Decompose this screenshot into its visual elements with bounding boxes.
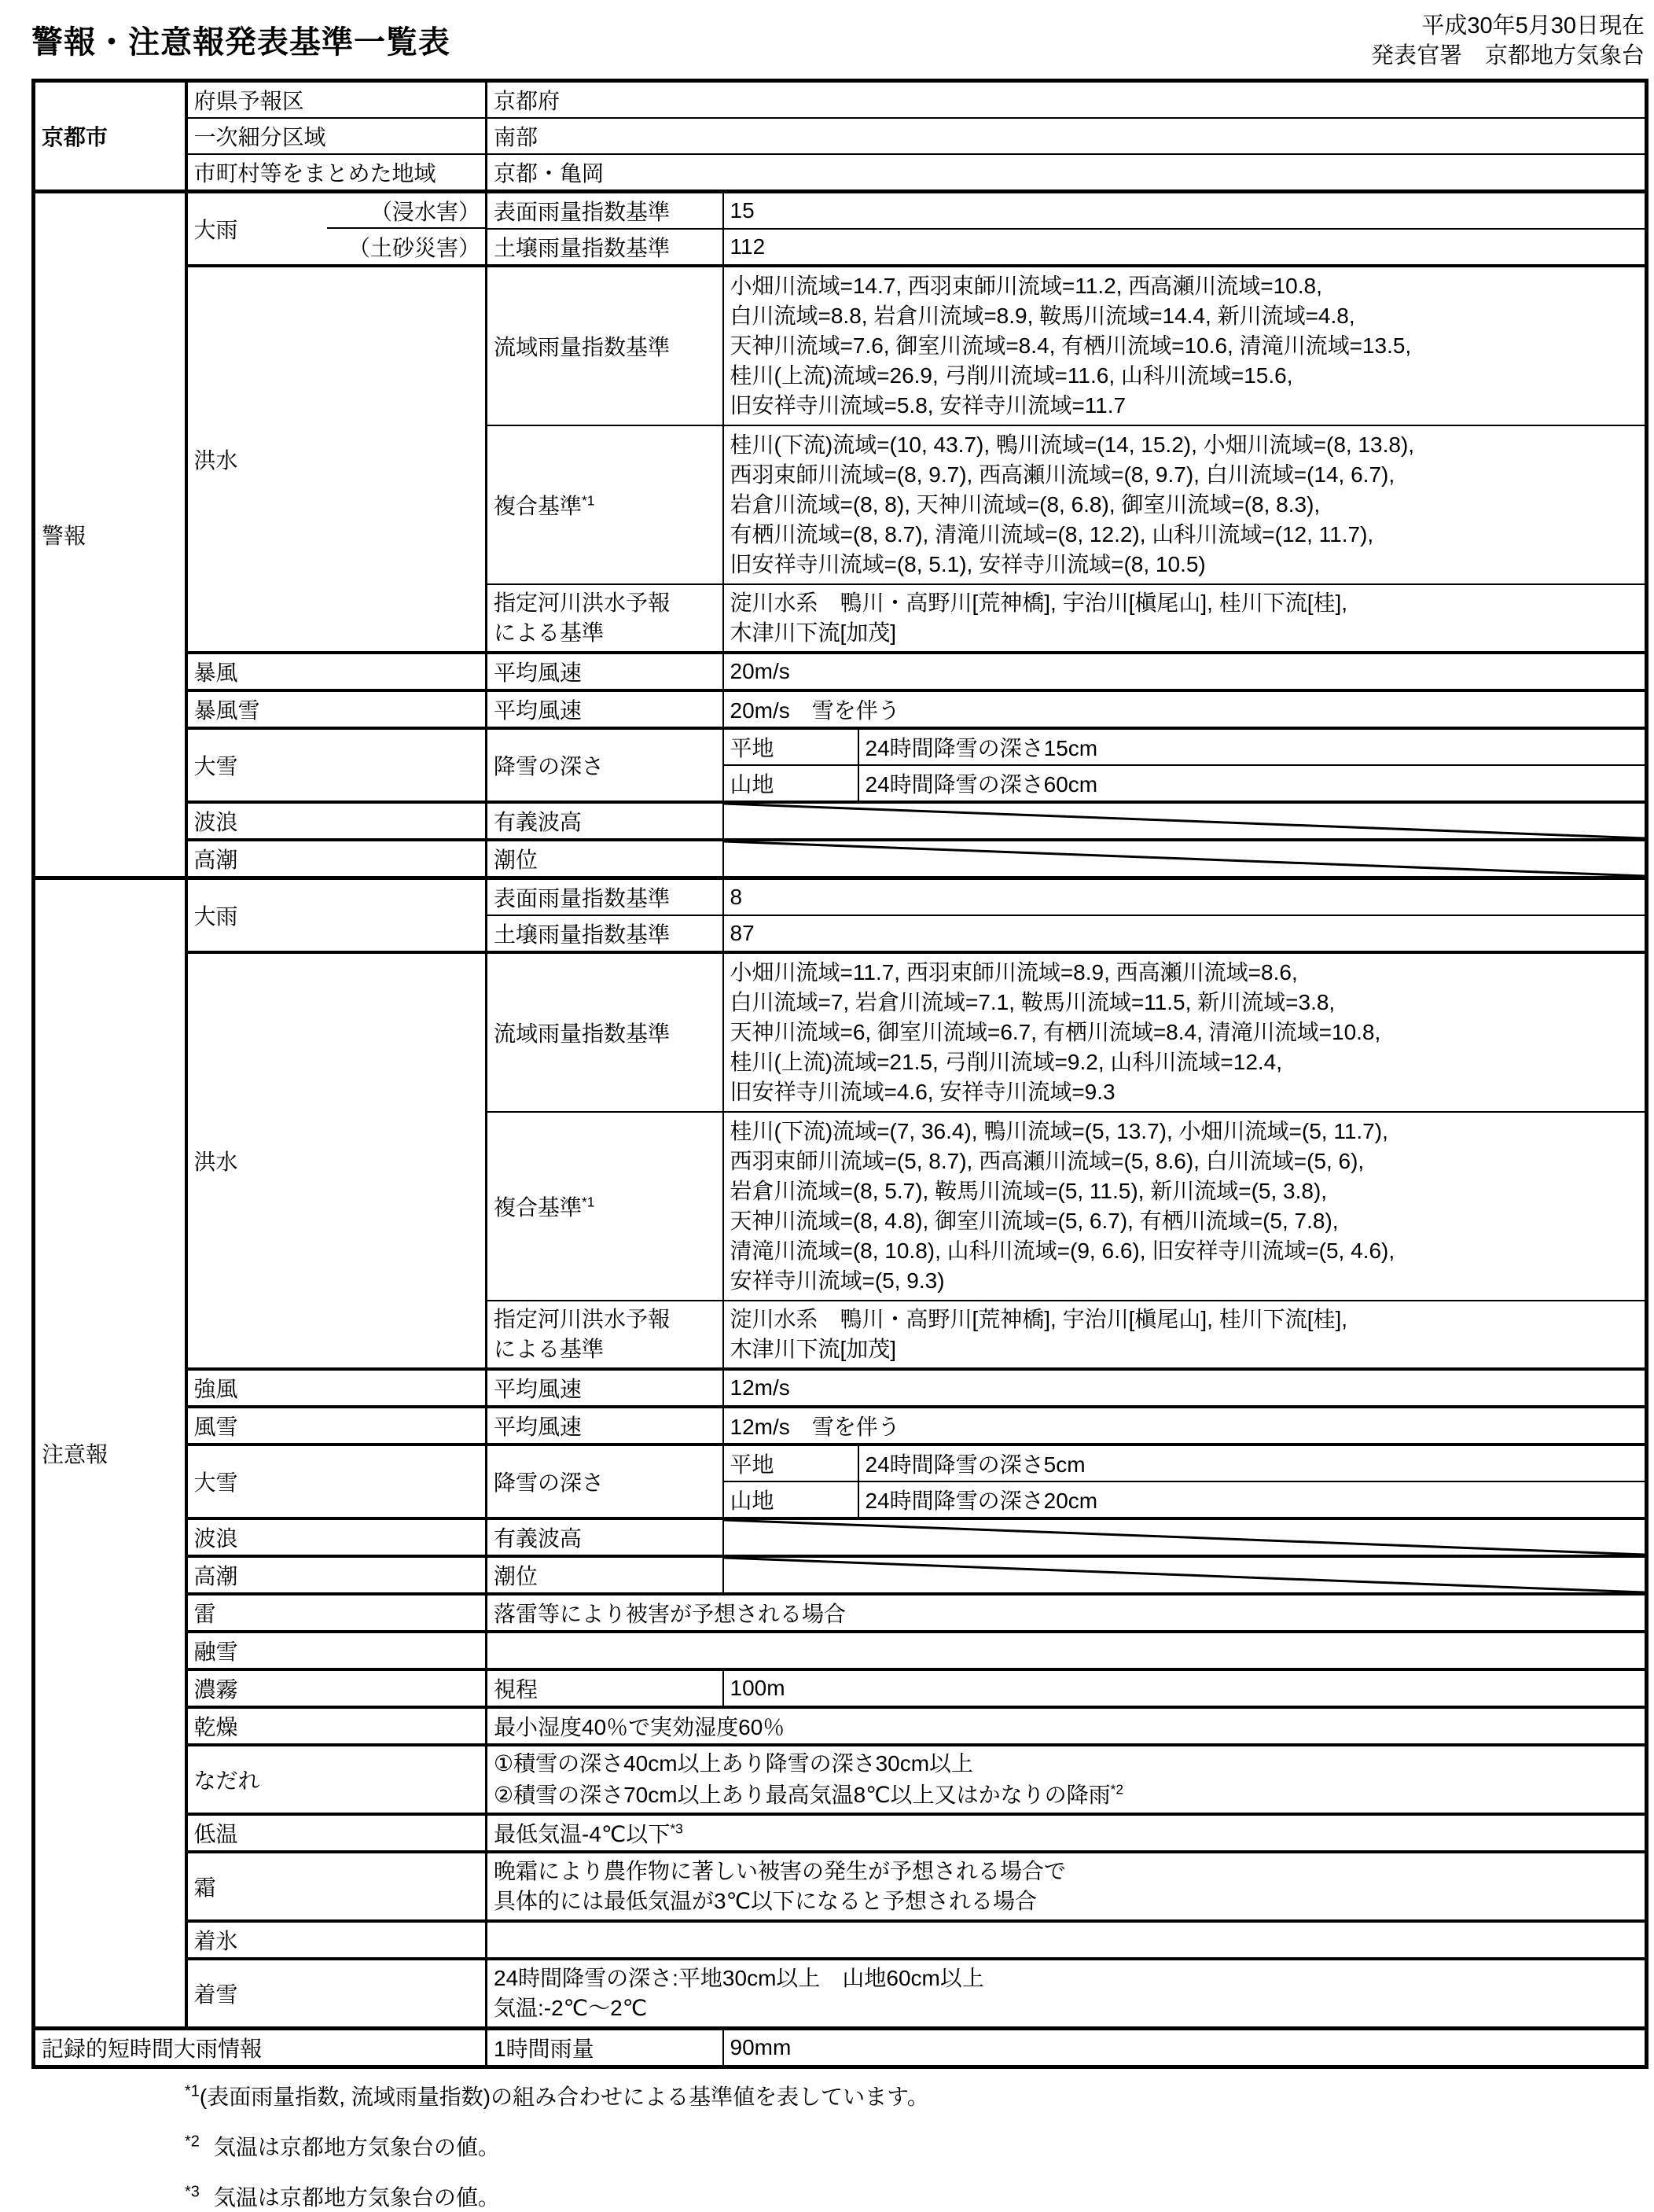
diagonal-strike-icon: [724, 1520, 1645, 1555]
warning-snowstorm-value: 20m/s 雪を伴う: [723, 690, 1647, 728]
advisory-soil-index-label: 土壌雨量指数基準: [487, 915, 723, 952]
advisory-waves-value-crossed: [723, 1518, 1647, 1556]
footnote-2: *2気温は京都地方気象台の値。: [185, 2130, 1646, 2162]
advisory-snow-accretion-label: 着雪: [186, 1959, 487, 2029]
advisory-fog-criterion: 視程: [487, 1669, 723, 1707]
warning-composite-label-text: 複合基準: [494, 494, 582, 518]
warning-rain-flood-tag: （浸水害）: [327, 193, 485, 229]
warning-surface-index-value: 15: [723, 192, 1647, 230]
criteria-table: 京都市 府県予報区 京都府 一次細分区域 南部 市町村等をまとめた地域 京都・亀…: [31, 79, 1648, 2069]
advisory-waves-label: 波浪: [186, 1518, 487, 1556]
warning-heavy-snow-criterion: 降雪の深さ: [487, 728, 723, 802]
area-label-municipalities: 市町村等をまとめた地域: [186, 154, 487, 192]
advisory-heavy-snow-plain-label: 平地: [723, 1445, 858, 1481]
warning-storm-criterion: 平均風速: [487, 653, 723, 690]
advisory-dryness-row: 乾燥 最小湿度40％で実効湿度60％: [34, 1707, 1647, 1745]
warning-surge-value-crossed: [723, 840, 1647, 878]
warning-rain-label: 大雨: [188, 193, 328, 264]
footnote-2-marker: *2: [185, 2133, 200, 2151]
advisory-heavy-snow-mountain-label: 山地: [723, 1481, 858, 1518]
page-header: 警報・注意報発表基準一覧表 平成30年5月30日現在 発表官署 京都地方気象台: [31, 11, 1645, 71]
area-row-subdivision: 一次細分区域 南部: [34, 118, 1647, 154]
diagonal-strike-icon: [724, 804, 1645, 838]
advisory-fog-value: 100m: [723, 1669, 1647, 1707]
warning-section-label: 警報: [34, 192, 186, 878]
diagonal-strike-icon: [724, 1558, 1645, 1592]
advisory-flood-basin-row: 洪水 流域雨量指数基準 小畑川流域=11.7, 西羽束師川流域=8.9, 西高瀬…: [34, 952, 1647, 1112]
warning-surge-label: 高潮: [186, 840, 487, 878]
advisory-snow-accretion-value: 24時間降雪の深さ:平地30cm以上 山地60cm以上 気温:-2℃～2℃: [487, 1959, 1647, 2029]
warning-waves-value-crossed: [723, 802, 1647, 840]
warning-surge-row: 高潮 潮位: [34, 840, 1647, 878]
warning-rain-surface-row: 警報 大雨 （浸水害） （土砂災害） 表面雨量指数基準 15: [34, 192, 1647, 230]
advisory-surface-index-value: 8: [723, 878, 1647, 916]
advisory-low-temp-row: 低温 最低気温-4℃以下*3: [34, 1814, 1647, 1852]
advisory-soil-index-value: 87: [723, 915, 1647, 952]
warning-composite-footnote-marker: *1: [582, 493, 594, 509]
advisory-low-temp-value: 最低気温-4℃以下*3: [487, 1814, 1647, 1852]
warning-heavy-snow-plain-label: 平地: [723, 728, 858, 765]
advisory-waves-criterion: 有義波高: [487, 1518, 723, 1556]
warning-basin-index-label: 流域雨量指数基準: [487, 266, 723, 425]
advisory-snowmelt-value: [487, 1632, 1647, 1669]
advisory-rain-surface-row: 注意報 大雨 表面雨量指数基準 8: [34, 878, 1647, 916]
area-label-prefecture: 府県予報区: [186, 81, 487, 119]
area-label-subdivision: 一次細分区域: [186, 118, 487, 154]
warning-basin-index-value: 小畑川流域=14.7, 西羽束師川流域=11.2, 西高瀬川流域=10.8, 白…: [723, 266, 1647, 425]
advisory-thunder-row: 雷 落雷等により被害が予想される場合: [34, 1594, 1647, 1632]
advisory-icing-label: 着氷: [186, 1921, 487, 1959]
page-title: 警報・注意報発表基準一覧表: [31, 11, 450, 62]
advisory-low-temp-label: 低温: [186, 1814, 487, 1852]
advisory-wind-snow-label: 風雪: [186, 1407, 487, 1445]
advisory-fog-label: 濃霧: [186, 1669, 487, 1707]
document-page: 警報・注意報発表基準一覧表 平成30年5月30日現在 発表官署 京都地方気象台 …: [0, 0, 1654, 2212]
footnote-3-text: 気温は京都地方気象台の値。: [214, 2185, 500, 2210]
publication-date: 平成30年5月30日現在: [1371, 11, 1645, 41]
warning-storm-value: 20m/s: [723, 653, 1647, 690]
advisory-heavy-snow-criterion: 降雪の深さ: [487, 1445, 723, 1518]
advisory-thunder-value: 落雷等により被害が予想される場合: [487, 1594, 1647, 1632]
advisory-frost-row: 霜 晩霜により農作物に著しい被害の発生が予想される場合で 具体的には最低気温が3…: [34, 1852, 1647, 1921]
advisory-wind-snow-value: 12m/s 雪を伴う: [723, 1407, 1647, 1445]
warning-rain-sediment-tag: （土砂災害）: [327, 229, 485, 264]
advisory-surge-criterion: 潮位: [487, 1556, 723, 1594]
warning-waves-criterion: 有義波高: [487, 802, 723, 840]
record-rain-value: 90mm: [723, 2029, 1647, 2067]
area-value-municipalities: 京都・亀岡: [487, 154, 1647, 192]
advisory-avalanche-label: なだれ: [186, 1745, 487, 1814]
advisory-wind-snow-criterion: 平均風速: [487, 1407, 723, 1445]
advisory-frost-value: 晩霜により農作物に著しい被害の発生が予想される場合で 具体的には最低気温が3℃以…: [487, 1852, 1647, 1921]
advisory-surge-label: 高潮: [186, 1556, 487, 1594]
record-rain-label: 記録的短時間大雨情報: [34, 2029, 487, 2067]
warning-waves-label: 波浪: [186, 802, 487, 840]
warning-rain-grid: 大雨 （浸水害） （土砂災害）: [188, 193, 486, 264]
warning-heavy-snow-mountain-value: 24時間降雪の深さ60cm: [858, 765, 1647, 802]
advisory-icing-value: [487, 1921, 1647, 1959]
area-row-prefecture: 京都市 府県予報区 京都府: [34, 81, 1647, 119]
advisory-heavy-snow-plain-row: 大雪 降雪の深さ 平地 24時間降雪の深さ5cm: [34, 1445, 1647, 1481]
warning-designated-value: 淀川水系 鴨川・高野川[荒神橋], 宇治川[槇尾山], 桂川下流[桂], 木津川…: [723, 584, 1647, 653]
advisory-avalanche-row: なだれ ①積雪の深さ40cm以上あり降雪の深さ30cm以上 ②積雪の深さ70cm…: [34, 1745, 1647, 1814]
advisory-low-temp-text: 最低気温-4℃以下: [494, 1822, 670, 1846]
issuing-office: 発表官署 京都地方気象台: [1371, 41, 1645, 71]
record-rain-criterion: 1時間雨量: [487, 2029, 723, 2067]
advisory-surge-row: 高潮 潮位: [34, 1556, 1647, 1594]
advisory-section-label: 注意報: [34, 878, 186, 2029]
area-value-subdivision: 南部: [487, 118, 1647, 154]
footnotes: *1(表面雨量指数, 流域雨量指数)の組み合わせによる基準値を表しています。 *…: [185, 2080, 1646, 2212]
area-city: 京都市: [34, 81, 186, 192]
advisory-waves-row: 波浪 有義波高: [34, 1518, 1647, 1556]
footnote-1-text: (表面雨量指数, 流域雨量指数)の組み合わせによる基準値を表しています。: [200, 2085, 929, 2109]
advisory-composite-label: 複合基準*1: [487, 1112, 723, 1301]
advisory-strong-wind-row: 強風 平均風速 12m/s: [34, 1369, 1647, 1407]
advisory-avalanche-line1: ①積雪の深さ40cm以上あり降雪の深さ30cm以上: [494, 1748, 1638, 1780]
advisory-surface-index-label: 表面雨量指数基準: [487, 878, 723, 916]
area-row-municipalities: 市町村等をまとめた地域 京都・亀岡: [34, 154, 1647, 192]
warning-heavy-snow-plain-row: 大雪 降雪の深さ 平地 24時間降雪の深さ15cm: [34, 728, 1647, 765]
advisory-avalanche-value: ①積雪の深さ40cm以上あり降雪の深さ30cm以上 ②積雪の深さ70cm以上あり…: [487, 1745, 1647, 1814]
advisory-wind-snow-row: 風雪 平均風速 12m/s 雪を伴う: [34, 1407, 1647, 1445]
warning-soil-index-value: 112: [723, 229, 1647, 266]
footnote-1-marker: *1: [185, 2083, 200, 2100]
warning-waves-row: 波浪 有義波高: [34, 802, 1647, 840]
footnote-1: *1(表面雨量指数, 流域雨量指数)の組み合わせによる基準値を表しています。: [185, 2080, 1646, 2111]
advisory-fog-row: 濃霧 視程 100m: [34, 1669, 1647, 1707]
warning-heavy-snow-mountain-label: 山地: [723, 765, 858, 802]
advisory-snow-accretion-row: 着雪 24時間降雪の深さ:平地30cm以上 山地60cm以上 気温:-2℃～2℃: [34, 1959, 1647, 2029]
advisory-strong-wind-criterion: 平均風速: [487, 1369, 723, 1407]
footnote-2-text: 気温は京都地方気象台の値。: [214, 2135, 500, 2159]
warning-surface-index-label: 表面雨量指数基準: [487, 192, 723, 230]
advisory-composite-footnote-marker: *1: [582, 1194, 594, 1210]
warning-snowstorm-criterion: 平均風速: [487, 690, 723, 728]
warning-composite-label: 複合基準*1: [487, 425, 723, 584]
warning-designated-label: 指定河川洪水予報 による基準: [487, 584, 723, 653]
footnote-3: *3気温は京都地方気象台の値。: [185, 2181, 1646, 2212]
advisory-avalanche-line2: ②積雪の深さ70cm以上あり最高気温8℃以上又はかなりの降雨: [494, 1783, 1111, 1807]
advisory-thunder-label: 雷: [186, 1594, 487, 1632]
footnote-3-marker: *3: [185, 2184, 200, 2201]
advisory-surge-value-crossed: [723, 1556, 1647, 1594]
advisory-strong-wind-value: 12m/s: [723, 1369, 1647, 1407]
record-rain-row: 記録的短時間大雨情報 1時間雨量 90mm: [34, 2029, 1647, 2067]
advisory-snowmelt-row: 融雪: [34, 1632, 1647, 1669]
warning-rain-cell: 大雨 （浸水害） （土砂災害）: [186, 192, 487, 267]
warning-heavy-snow-label: 大雪: [186, 728, 487, 802]
warning-storm-row: 暴風 平均風速 20m/s: [34, 653, 1647, 690]
warning-flood-label: 洪水: [186, 266, 487, 653]
warning-soil-index-label: 土壌雨量指数基準: [487, 229, 723, 266]
advisory-dryness-label: 乾燥: [186, 1707, 487, 1745]
advisory-low-temp-footnote-marker: *3: [670, 1821, 682, 1837]
warning-flood-basin-row: 洪水 流域雨量指数基準 小畑川流域=14.7, 西羽束師川流域=11.2, 西高…: [34, 266, 1647, 425]
area-value-prefecture: 京都府: [487, 81, 1647, 119]
advisory-designated-label: 指定河川洪水予報 による基準: [487, 1301, 723, 1369]
advisory-flood-label: 洪水: [186, 952, 487, 1369]
advisory-frost-label: 霜: [186, 1852, 487, 1921]
warning-heavy-snow-plain-value: 24時間降雪の深さ15cm: [858, 728, 1647, 765]
advisory-snowmelt-label: 融雪: [186, 1632, 487, 1669]
publication-info: 平成30年5月30日現在 発表官署 京都地方気象台: [1371, 11, 1645, 71]
warning-storm-label: 暴風: [186, 653, 487, 690]
advisory-designated-value: 淀川水系 鴨川・高野川[荒神橋], 宇治川[槇尾山], 桂川下流[桂], 木津川…: [723, 1301, 1647, 1369]
diagonal-strike-icon: [724, 841, 1645, 876]
advisory-basin-index-label: 流域雨量指数基準: [487, 952, 723, 1112]
advisory-basin-index-value: 小畑川流域=11.7, 西羽束師川流域=8.9, 西高瀬川流域=8.6, 白川流…: [723, 952, 1647, 1112]
advisory-avalanche-line2-wrap: ②積雪の深さ70cm以上あり最高気温8℃以上又はかなりの降雨*2: [494, 1780, 1638, 1811]
advisory-composite-value: 桂川(下流)流域=(7, 36.4), 鴨川流域=(5, 13.7), 小畑川流…: [723, 1112, 1647, 1301]
advisory-composite-label-text: 複合基準: [494, 1195, 582, 1220]
advisory-dryness-value: 最小湿度40％で実効湿度60％: [487, 1707, 1647, 1745]
advisory-heavy-snow-label: 大雪: [186, 1445, 487, 1518]
advisory-icing-row: 着氷: [34, 1921, 1647, 1959]
warning-surge-criterion: 潮位: [487, 840, 723, 878]
warning-composite-value: 桂川(下流)流域=(10, 43.7), 鴨川流域=(14, 15.2), 小畑…: [723, 425, 1647, 584]
advisory-strong-wind-label: 強風: [186, 1369, 487, 1407]
advisory-avalanche-footnote-marker: *2: [1111, 1782, 1123, 1798]
advisory-heavy-snow-mountain-value: 24時間降雪の深さ20cm: [858, 1481, 1647, 1518]
advisory-heavy-snow-plain-value: 24時間降雪の深さ5cm: [858, 1445, 1647, 1481]
warning-snowstorm-label: 暴風雪: [186, 690, 487, 728]
warning-snowstorm-row: 暴風雪 平均風速 20m/s 雪を伴う: [34, 690, 1647, 728]
advisory-rain-label: 大雨: [186, 878, 487, 953]
